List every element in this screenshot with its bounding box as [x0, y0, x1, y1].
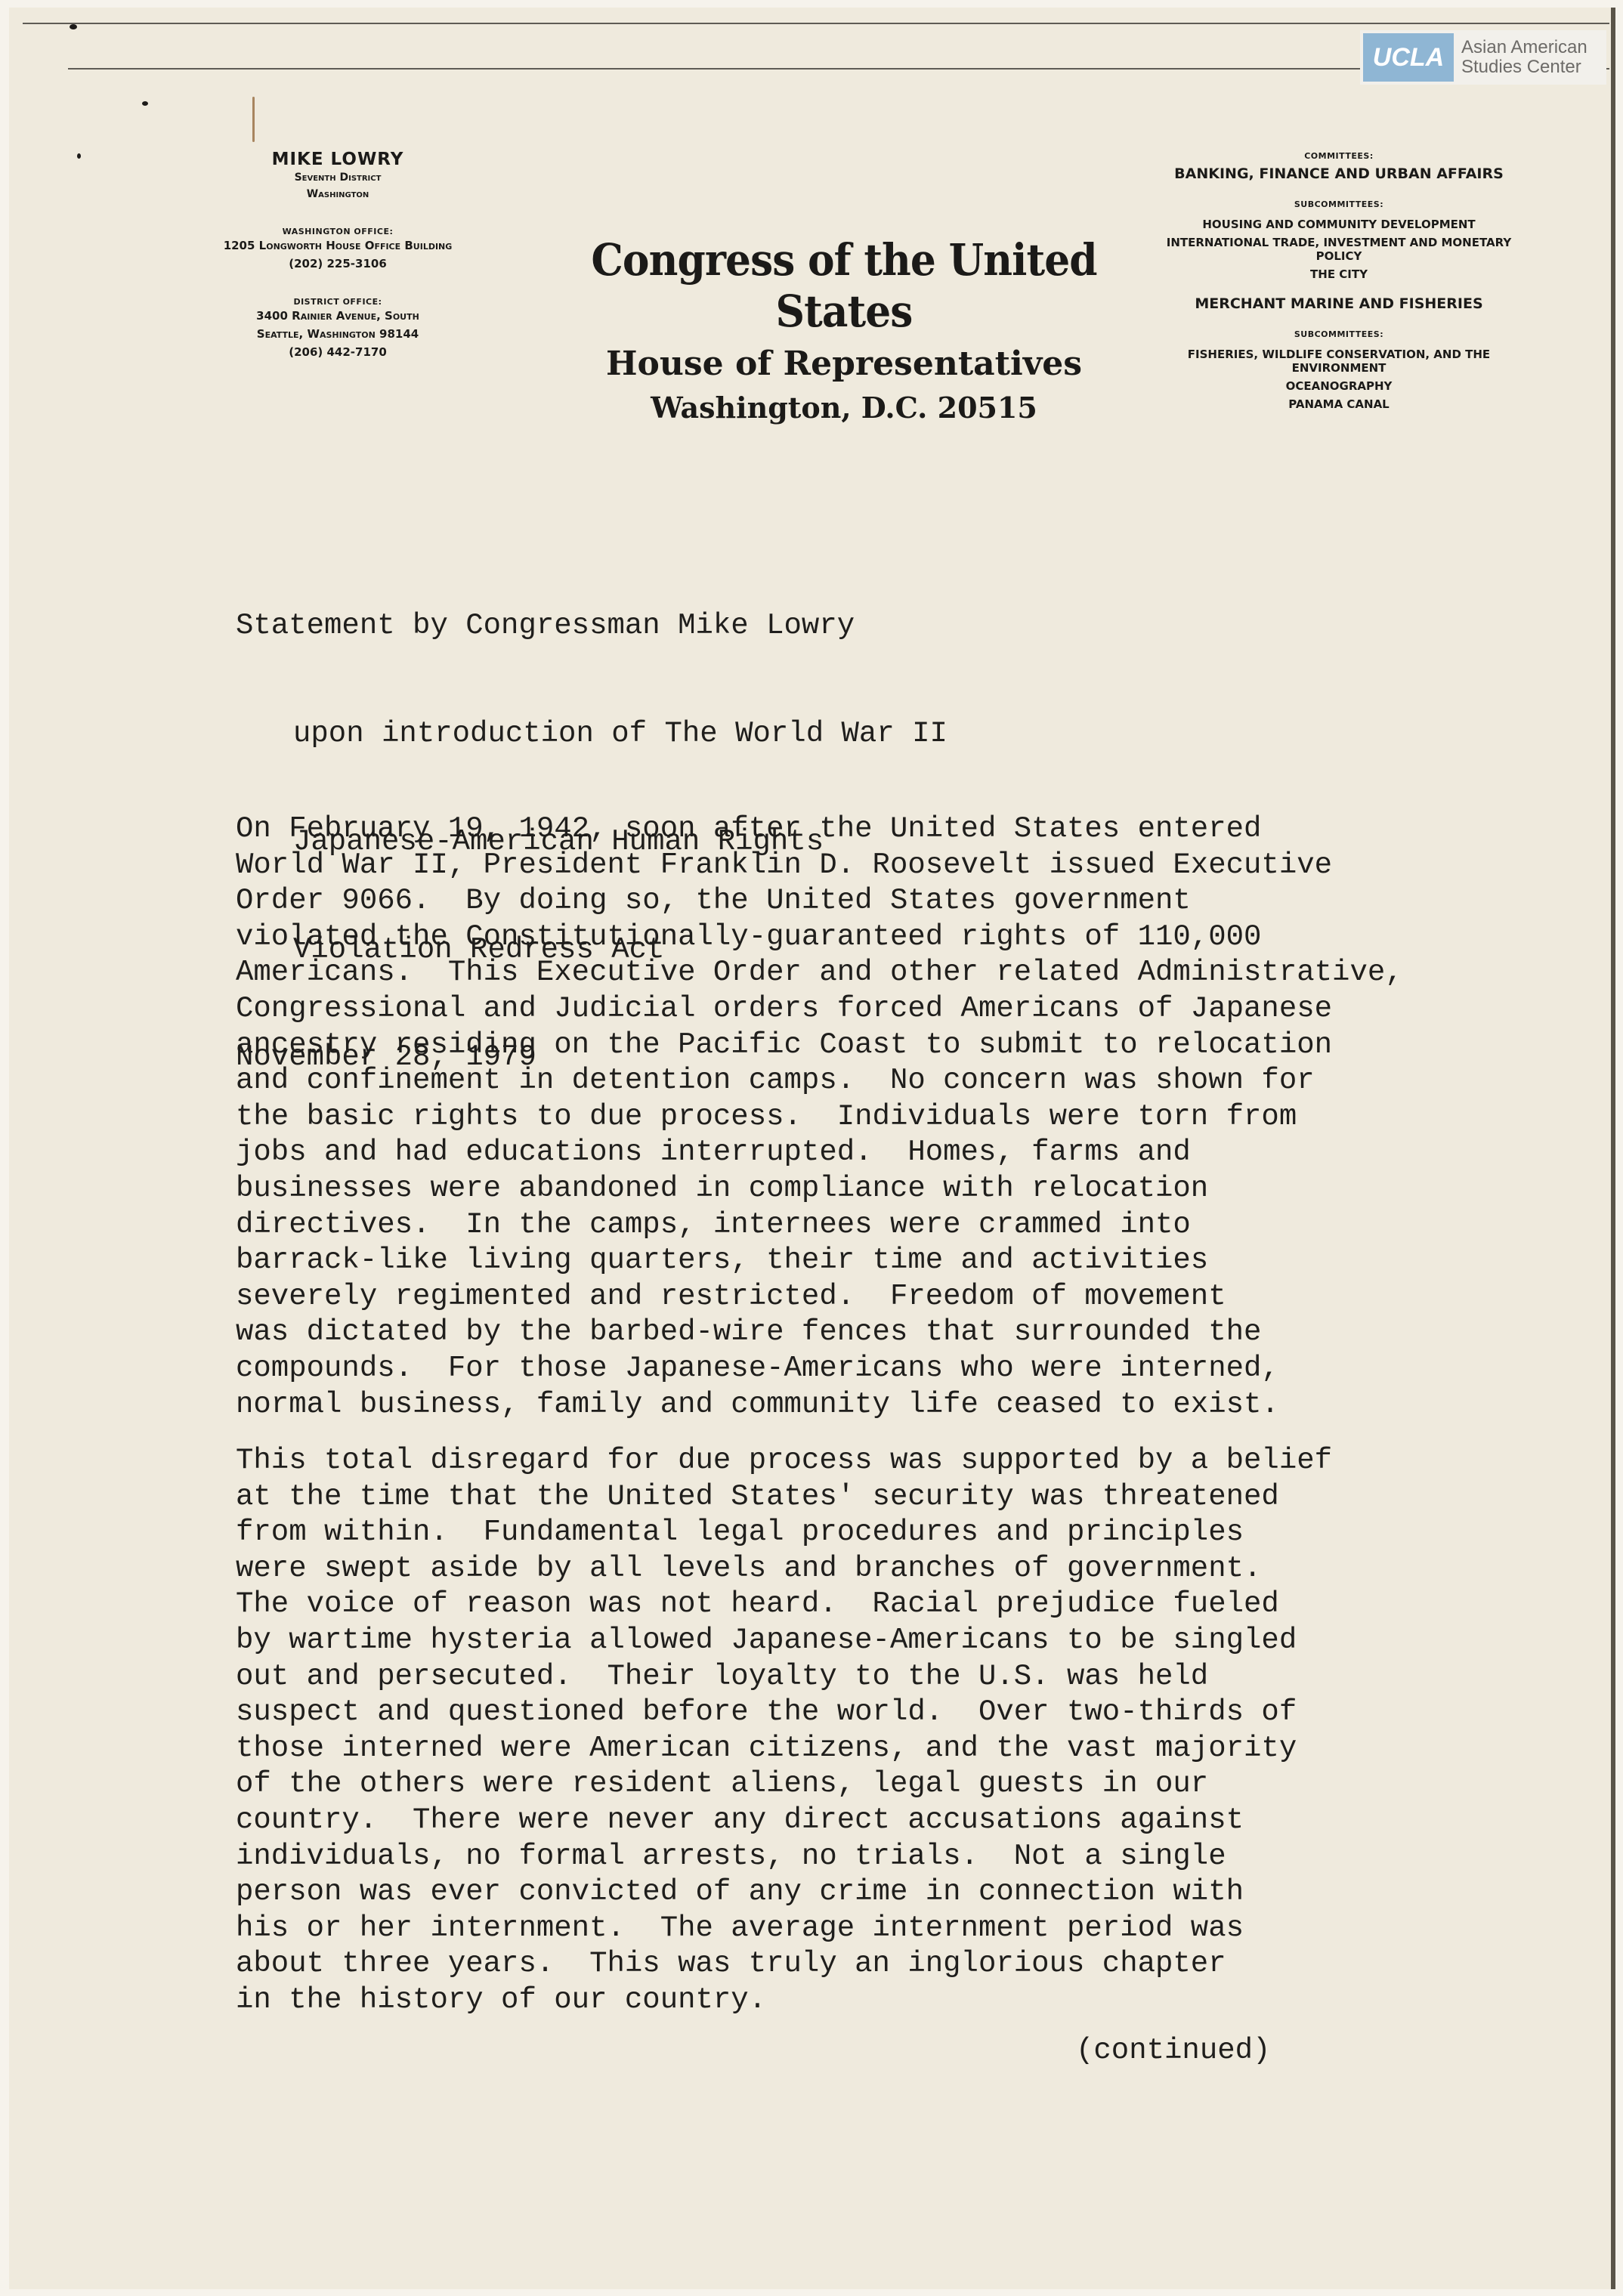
text-line: country. There were never any direct acc… [236, 1803, 1332, 1839]
text-line: businesses were abandoned in compliance … [236, 1171, 1403, 1207]
text-line: This total disregard for due process was… [236, 1443, 1332, 1479]
subcommittee-item: OCEANOGRAPHY [1158, 379, 1520, 393]
congress-title: Congress of the United States [555, 234, 1133, 337]
city-zip: Washington, D.C. 20515 [530, 391, 1158, 425]
committee-banking: BANKING, FINANCE AND URBAN AFFAIRS [1158, 165, 1520, 183]
ink-dot [70, 24, 77, 29]
subcommittee-item: INTERNATIONAL TRADE, INVESTMENT AND MONE… [1158, 236, 1520, 263]
district-office-label: DISTRICT OFFICE: [153, 297, 523, 307]
district-office-address2: Seattle, Washington 98144 [153, 325, 523, 343]
center-name-line2: Studies Center [1461, 57, 1587, 77]
text-line: Order 9066. By doing so, the United Stat… [236, 883, 1403, 919]
washington-office-address: 1205 Longworth House Office Building [153, 236, 523, 255]
archive-badge: UCLA Asian American Studies Center [1360, 30, 1606, 85]
ucla-logo: UCLA [1363, 33, 1454, 82]
text-line: violated the Constitutionally-guaranteed… [236, 919, 1403, 956]
ink-dot [77, 153, 81, 159]
statement-title-line: Statement by Congressman Mike Lowry [236, 608, 948, 644]
text-line: The voice of reason was not heard. Racia… [236, 1587, 1332, 1623]
member-state: Washington [153, 186, 523, 202]
text-line: suspect and questioned before the world.… [236, 1695, 1332, 1731]
text-line: person was ever convicted of any crime i… [236, 1874, 1332, 1911]
continued-note: (continued) [1076, 2034, 1270, 2067]
subcommittees-label: SUBCOMMITTEES: [1158, 326, 1520, 343]
text-line: jobs and had educations interrupted. Hom… [236, 1135, 1403, 1171]
subcommittees-label: SUBCOMMITTEES: [1158, 196, 1520, 213]
text-line: barrack-like living quarters, their time… [236, 1243, 1403, 1279]
paragraph-1: On February 19, 1942, soon after the Uni… [236, 811, 1403, 1423]
text-line: from within. Fundamental legal procedure… [236, 1515, 1332, 1551]
text-line: of the others were resident aliens, lega… [236, 1766, 1332, 1803]
committees-block: COMMITTEES: BANKING, FINANCE AND URBAN A… [1158, 148, 1520, 411]
subcommittee-item: FISHERIES, WILDLIFE CONSERVATION, AND TH… [1158, 348, 1520, 375]
text-line: severely regimented and restricted. Free… [236, 1279, 1403, 1315]
text-line: those interned were American citizens, a… [236, 1731, 1332, 1767]
washington-office-label: WASHINGTON OFFICE: [153, 227, 523, 236]
district-office-address1: 3400 Rainier Avenue, South [153, 307, 523, 325]
member-block: MIKE LOWRY Seventh District Washington W… [153, 150, 523, 361]
center-name-line1: Asian American [1461, 38, 1587, 57]
paragraph-2: This total disregard for due process was… [236, 1443, 1332, 2019]
text-line: by wartime hysteria allowed Japanese-Ame… [236, 1623, 1332, 1659]
text-line: his or her internment. The average inter… [236, 1911, 1332, 1947]
subcommittee-item: HOUSING AND COMMUNITY DEVELOPMENT [1158, 218, 1520, 231]
subcommittee-item: THE CITY [1158, 267, 1520, 281]
text-line: and confinement in detention camps. No c… [236, 1063, 1403, 1099]
text-line: the basic rights to due process. Individ… [236, 1099, 1403, 1136]
center-name: Asian American Studies Center [1461, 38, 1587, 77]
member-name: MIKE LOWRY [153, 150, 523, 169]
rust-stain [252, 97, 255, 142]
edge-rule-top [23, 23, 1609, 24]
text-line: Americans. This Executive Order and othe… [236, 955, 1403, 991]
document-page: MIKE LOWRY Seventh District Washington W… [9, 8, 1615, 2289]
text-line: at the time that the United States' secu… [236, 1479, 1332, 1516]
text-line: out and persecuted. Their loyalty to the… [236, 1659, 1332, 1695]
text-line: compounds. For those Japanese-Americans … [236, 1351, 1403, 1387]
subcommittee-item: PANAMA CANAL [1158, 397, 1520, 411]
house-title: House of Representatives [530, 345, 1158, 383]
text-line: was dictated by the barbed-wire fences t… [236, 1315, 1403, 1351]
text-line: directives. In the camps, internees were… [236, 1207, 1403, 1244]
letterhead-title: Congress of the United States House of R… [530, 234, 1158, 425]
district-office-phone: (206) 442-7170 [153, 343, 523, 361]
text-line: about three years. This was truly an ing… [236, 1946, 1332, 1982]
ink-dot [142, 101, 148, 106]
text-line: Congressional and Judicial orders forced… [236, 991, 1403, 1027]
committees-label: COMMITTEES: [1158, 148, 1520, 165]
text-line: in the history of our country. [236, 1982, 1332, 2019]
text-line: ancestry residing on the Pacific Coast t… [236, 1027, 1403, 1064]
text-line: On February 19, 1942, soon after the Uni… [236, 811, 1403, 848]
committee-merchant-marine: MERCHANT MARINE AND FISHERIES [1158, 295, 1520, 313]
statement-title-line: upon introduction of The World War II [236, 716, 948, 752]
text-line: individuals, no formal arrests, no trial… [236, 1839, 1332, 1875]
washington-office-phone: (202) 225-3106 [153, 255, 523, 273]
member-district: Seventh District [153, 169, 523, 186]
text-line: normal business, family and community li… [236, 1387, 1403, 1423]
text-line: World War II, President Franklin D. Roos… [236, 848, 1403, 884]
text-line: were swept aside by all levels and branc… [236, 1551, 1332, 1587]
